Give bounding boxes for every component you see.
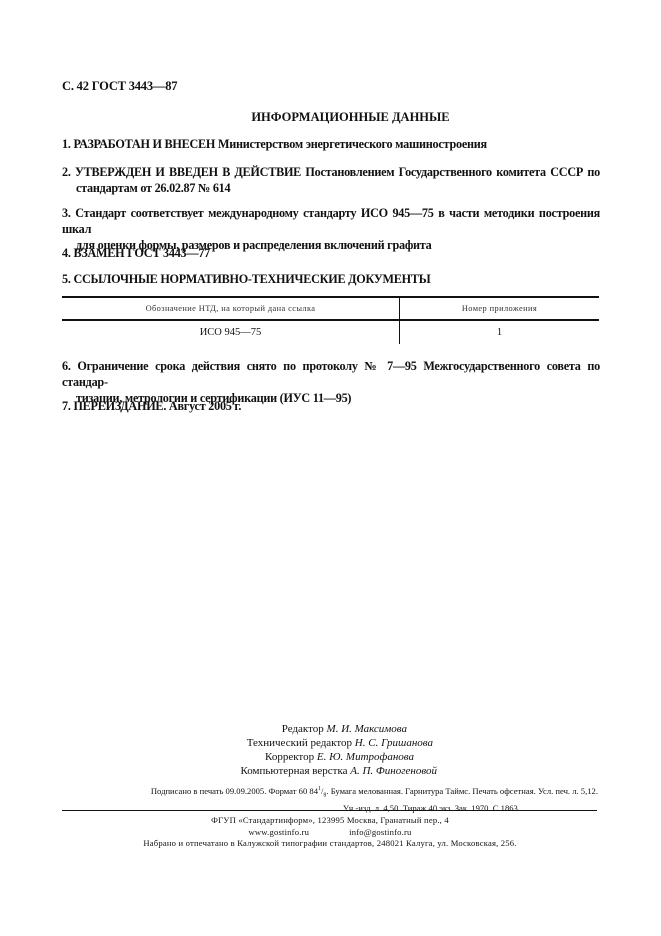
- format-fraction-numerator: 1: [318, 786, 321, 792]
- item-lead: РАЗРАБОТАН И ВНЕСЕН: [73, 137, 215, 151]
- item-text: Постановлением Государственного комитета…: [301, 165, 600, 179]
- credit-editor: Редактор М. И. Максимова: [0, 722, 661, 736]
- publisher-address: ФГУП «Стандартинформ», 123995 Москва, Гр…: [62, 815, 598, 827]
- item-number: 6.: [62, 359, 71, 373]
- table-row: ИСО 945—75 1: [62, 320, 599, 344]
- item-lead: ВЗАМЕН ГОСТ 3443—77: [73, 246, 210, 260]
- item-number: 4.: [62, 246, 71, 260]
- publication-line-2: Уч.-изд. л. 4,50. Тираж 40 экз. Зак. 197…: [62, 802, 598, 814]
- credit-role: Редактор: [282, 723, 324, 735]
- item-lead: УТВЕРЖДЕН И ВВЕДЕН В ДЕЙСТВИЕ: [75, 165, 301, 179]
- page-header: С. 42 ГОСТ 3443—87: [62, 79, 177, 94]
- credit-name: М. И. Максимова: [327, 723, 407, 735]
- section-title: ИНФОРМАЦИОННЫЕ ДАННЫЕ: [0, 110, 661, 125]
- credit-role: Компьютерная верстка: [240, 765, 347, 777]
- item-number: 2.: [62, 165, 71, 179]
- publication-text: Подписано в печать 09.09.2005. Формат 60…: [151, 786, 318, 796]
- credits-block: Редактор М. И. Максимова Технический ред…: [0, 722, 661, 778]
- publication-text: . Бумага мелованная. Гарнитура Таймс. Пе…: [326, 786, 598, 796]
- printer-info: Набрано и отпечатано в Калужской типогра…: [62, 838, 598, 850]
- column-header-ntd: Обозначение НТД, на который дана ссылка: [62, 297, 400, 320]
- info-item-4: 4. ВЗАМЕН ГОСТ 3443—77: [62, 245, 600, 261]
- item-continuation: стандартам от 26.02.87 № 614: [62, 180, 600, 196]
- item-text: Стандарт соответствует международному ст…: [62, 206, 600, 236]
- credit-name: Е. Ю. Митрофанова: [317, 751, 414, 763]
- item-text: Министерством энергетического машиностро…: [215, 137, 487, 151]
- info-item-5: 5. ССЫЛОЧНЫЕ НОРМАТИВНО-ТЕХНИЧЕСКИЕ ДОКУ…: [62, 271, 600, 287]
- info-item-2: 2. УТВЕРЖДЕН И ВВЕДЕН В ДЕЙСТВИЕ Постано…: [62, 164, 600, 196]
- credit-tech-editor: Технический редактор Н. С. Гришанова: [0, 736, 661, 750]
- item-lead: ССЫЛОЧНЫЕ НОРМАТИВНО-ТЕХНИЧЕСКИЕ ДОКУМЕН…: [73, 272, 430, 286]
- website-link[interactable]: www.gostinfo.ru: [248, 827, 309, 837]
- credit-name: А. П. Финогеновой: [350, 765, 437, 777]
- publication-info: Подписано в печать 09.09.2005. Формат 60…: [62, 783, 598, 814]
- footer-divider: [62, 810, 597, 811]
- reference-documents-table: Обозначение НТД, на который дана ссылка …: [62, 296, 599, 344]
- publisher-footer: ФГУП «Стандартинформ», 123995 Москва, Гр…: [62, 815, 598, 850]
- item-number: 3.: [62, 206, 71, 220]
- cell-ntd: ИСО 945—75: [62, 320, 400, 344]
- cell-appendix: 1: [400, 320, 600, 344]
- item-text: Август 2005 г.: [166, 399, 241, 413]
- info-item-1: 1. РАЗРАБОТАН И ВНЕСЕН Министерством эне…: [62, 136, 600, 152]
- item-text: Ограничение срока действия снято по прот…: [62, 359, 600, 389]
- publisher-contacts: www.gostinfo.ruinfo@gostinfo.ru: [62, 827, 598, 839]
- email-link[interactable]: info@gostinfo.ru: [349, 827, 411, 837]
- credit-role: Технический редактор: [247, 737, 352, 749]
- table-header-row: Обозначение НТД, на который дана ссылка …: [62, 297, 599, 320]
- credit-name: Н. С. Гришанова: [355, 737, 433, 749]
- credit-proofreader: Корректор Е. Ю. Митрофанова: [0, 750, 661, 764]
- credit-role: Корректор: [265, 751, 314, 763]
- column-header-appendix: Номер приложения: [400, 297, 600, 320]
- item-number: 5.: [62, 272, 71, 286]
- item-number: 1.: [62, 137, 71, 151]
- publication-line-1: Подписано в печать 09.09.2005. Формат 60…: [62, 783, 598, 802]
- credit-layout: Компьютерная верстка А. П. Финогеновой: [0, 764, 661, 778]
- item-number: 7.: [62, 399, 71, 413]
- info-item-7: 7. ПЕРЕИЗДАНИЕ. Август 2005 г.: [62, 398, 600, 414]
- item-lead: ПЕРЕИЗДАНИЕ.: [73, 399, 166, 413]
